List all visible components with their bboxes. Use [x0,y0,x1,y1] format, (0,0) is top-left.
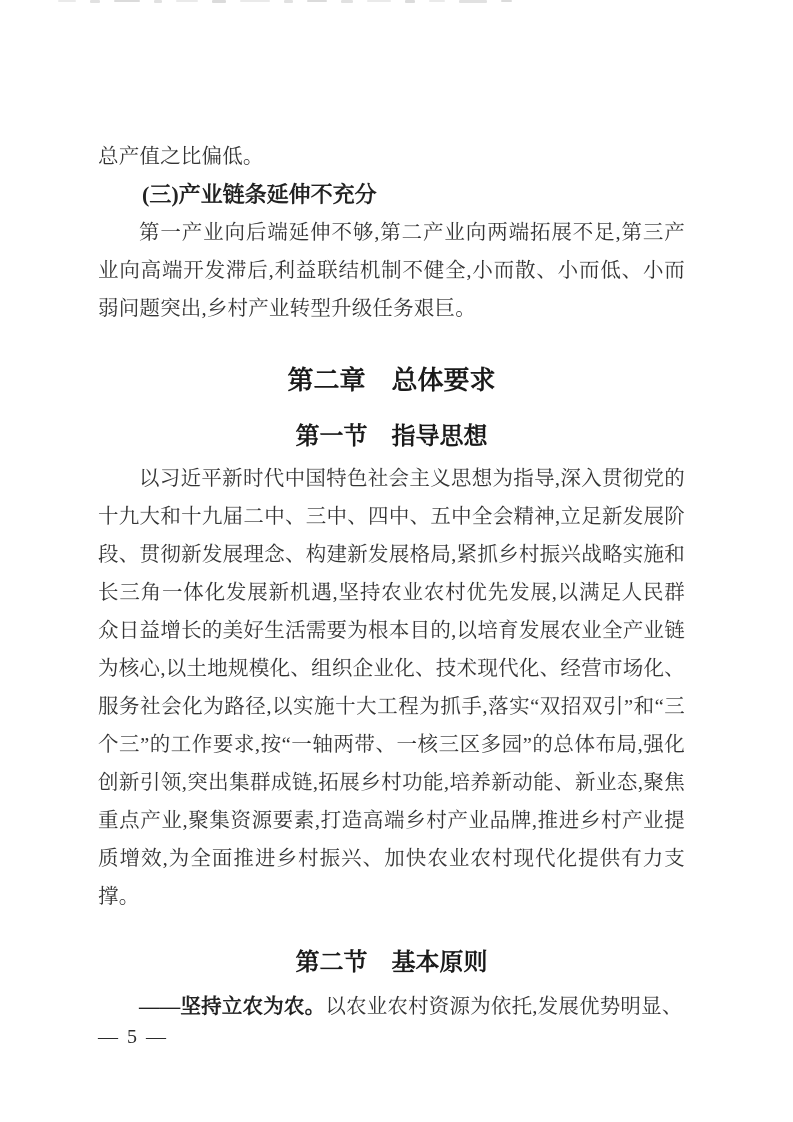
subheading-item-three: (三)产业链条延伸不充分 [98,176,685,214]
paragraph-guiding-ideology: 以习近平新时代中国特色社会主义思想为指导,深入贯彻党的十九大和十九届二中、三中、… [98,460,685,916]
paragraph-industry-chain: 第一产业向后端延伸不够,第二产业向两端拓展不足,第三产业向高端开发滞后,利益联结… [98,214,685,328]
principle-rest-text: 以农业农村资源为依托,发展优势明显、 [325,996,682,1018]
principle-bold-text: ——坚持立农为农。 [139,996,325,1018]
paragraph-continuation-line: 总产值之比偏低。 [98,138,685,176]
section1-heading: 第一节 指导思想 [98,418,685,456]
principle-line: ——坚持立农为农。以农业农村资源为依托,发展优势明显、 [98,988,685,1026]
page-number: — 5 — [98,1026,168,1049]
document-content: 总产值之比偏低。 (三)产业链条延伸不充分 第一产业向后端延伸不够,第二产业向两… [98,0,685,1026]
document-page: 总产值之比偏低。 (三)产业链条延伸不充分 第一产业向后端延伸不够,第二产业向两… [0,0,793,1122]
section2-heading: 第二节 基本原则 [98,944,685,982]
chapter-heading: 第二章 总体要求 [98,360,685,400]
